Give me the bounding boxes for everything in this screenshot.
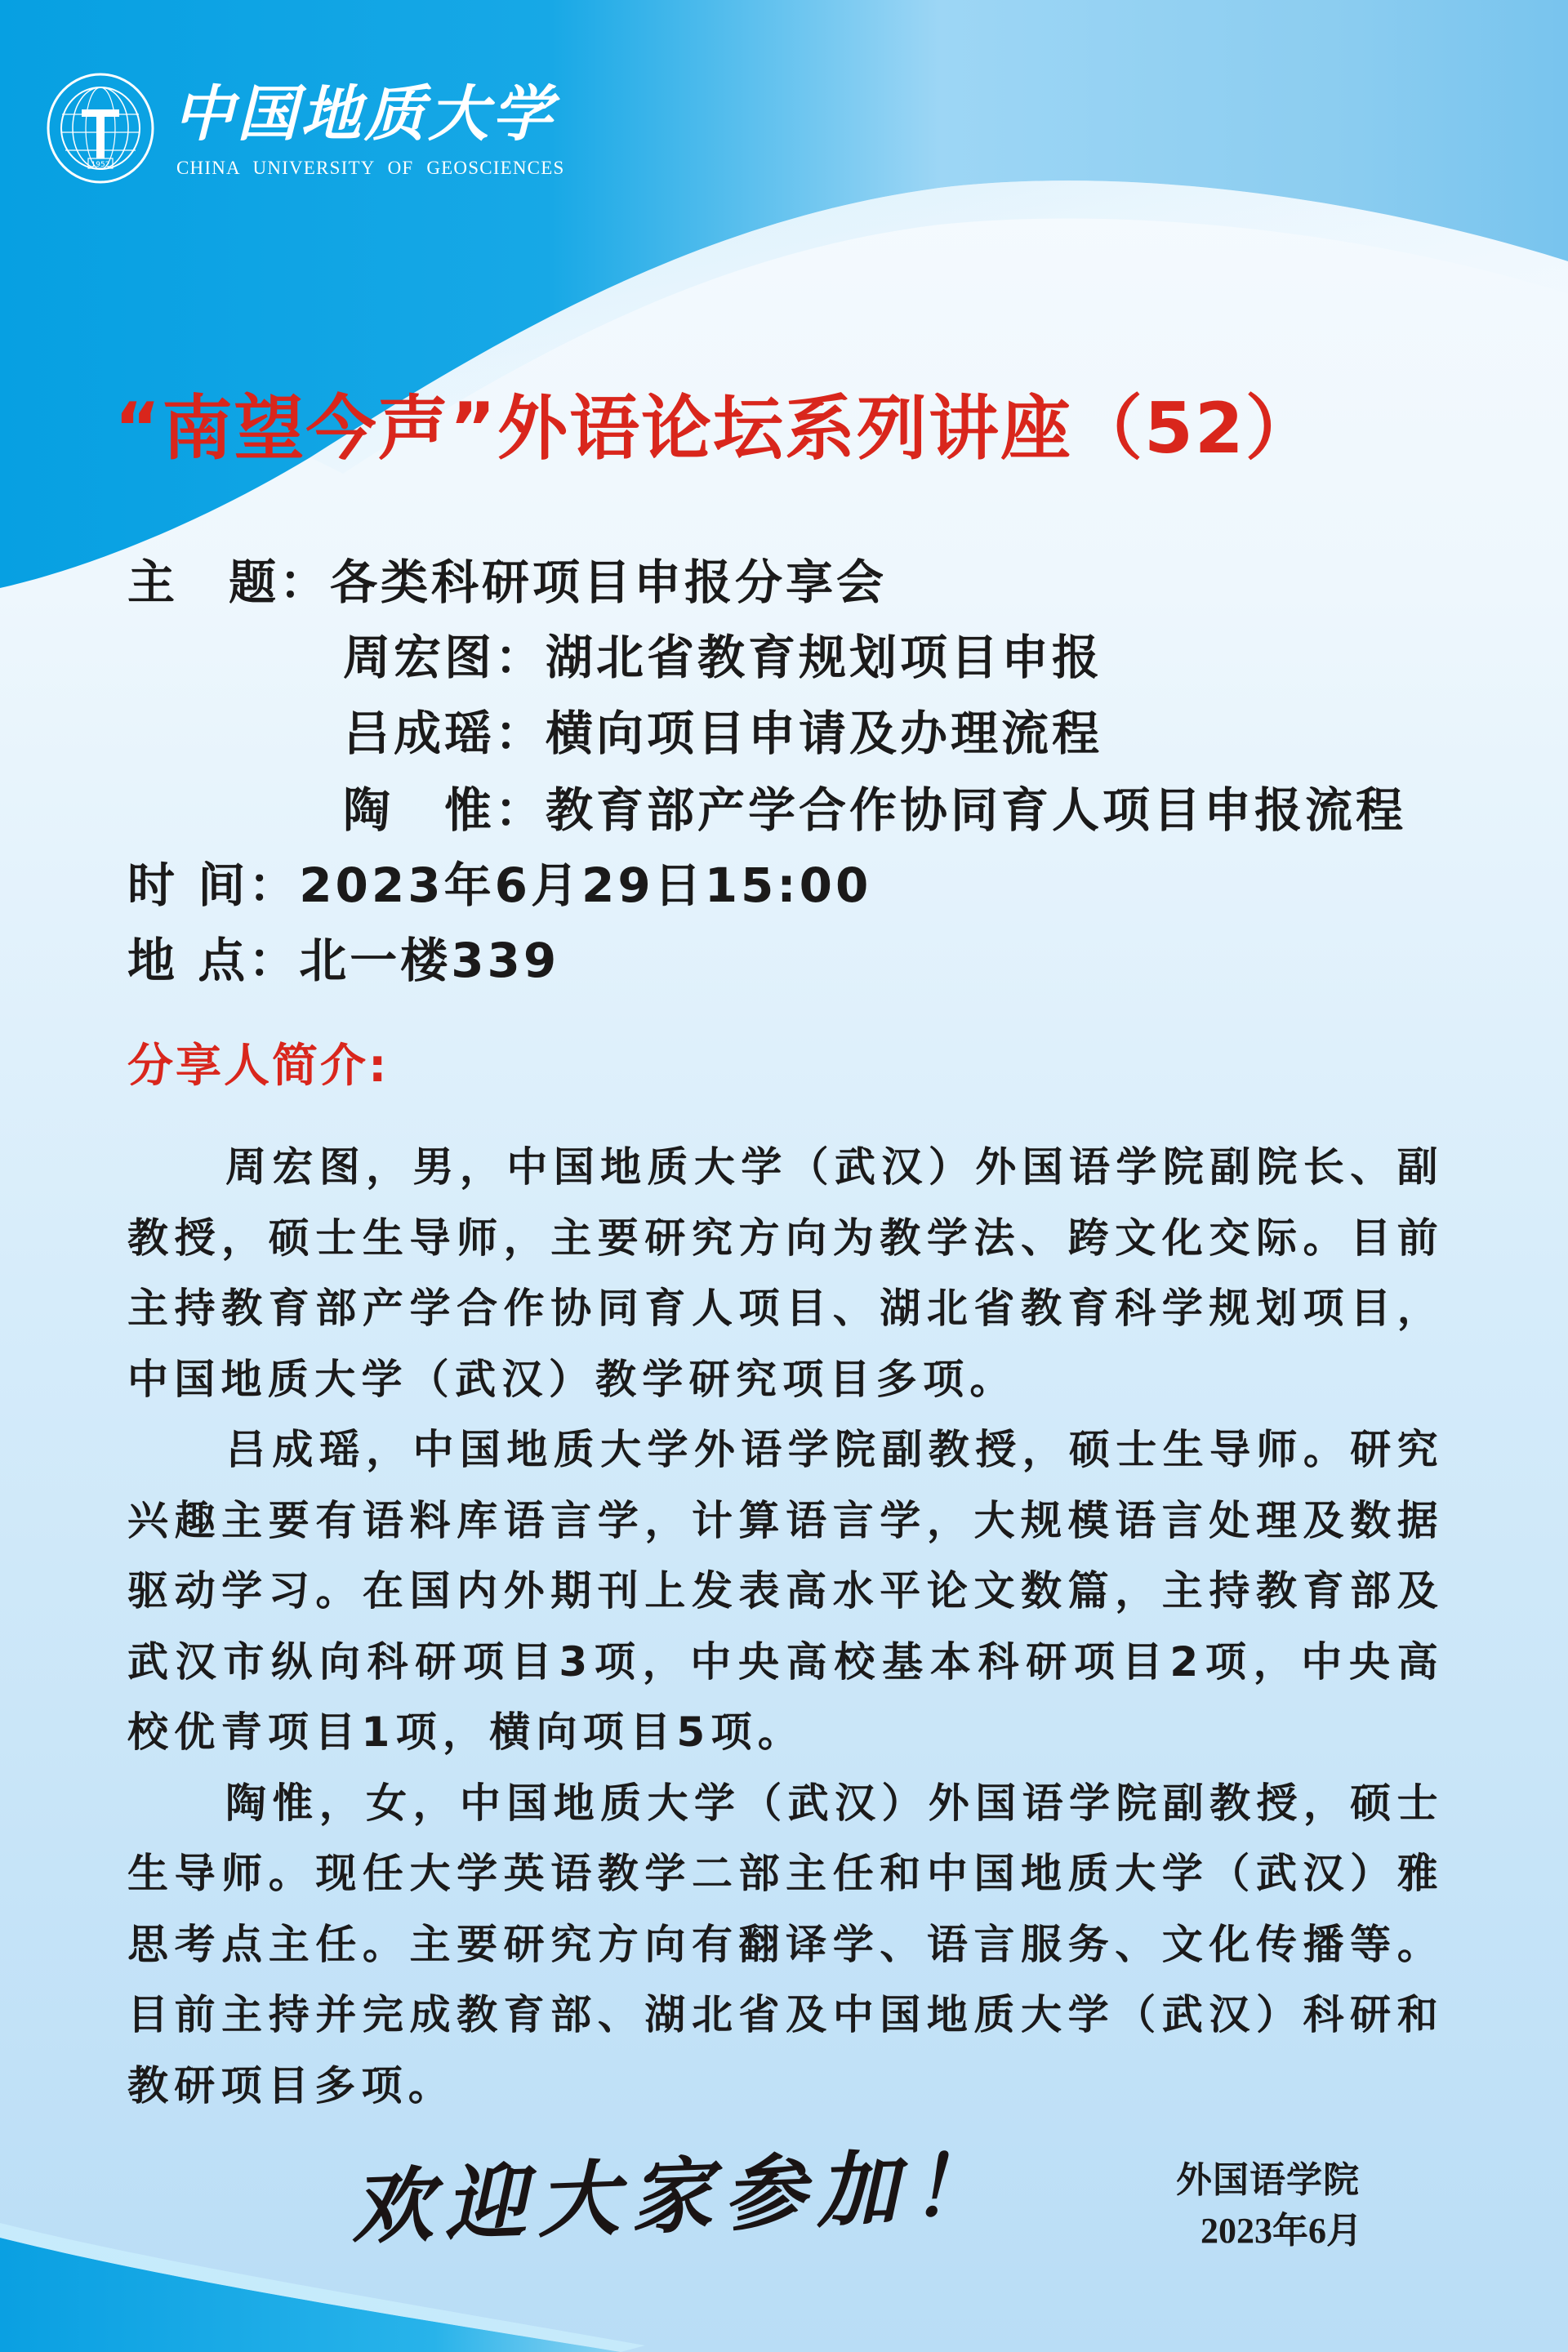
poster-title: “南望今声”外语论坛系列讲座（52） (114, 384, 1503, 474)
topic-value: 各类科研项目申报分享会 (330, 555, 887, 610)
time-label: 时 间： (127, 857, 299, 913)
subtopic-line: 陶 惟：教育部产学合作协同育人项目申报流程 (343, 782, 1406, 839)
bio-paragraph-tao: 陶惟，女，中国地质大学（武汉）外国语学院副教授，硕士生导师。现任大学英语教学二部… (127, 1768, 1444, 2122)
subtopic-topic: 横向项目申请及办理流程 (546, 706, 1102, 761)
university-name-cn: 中国地质大学 (173, 75, 555, 154)
topic-line: 主 题：各类科研项目申报分享会 (127, 554, 887, 611)
place-label: 地 点： (127, 933, 299, 988)
time-line: 时 间：2023年6月29日15:00 (127, 857, 871, 914)
place-line: 地 点：北一楼339 (127, 932, 559, 989)
poster-date: 2023年6月 (1200, 2207, 1362, 2256)
topic-label: 主 题： (127, 554, 330, 611)
bio-paragraph-zhou: 周宏图，男，中国地质大学（武汉）外国语学院副院长、副教授，硕士生导师，主要研究方… (127, 1132, 1444, 1414)
svg-text:1952: 1952 (91, 161, 110, 169)
subtopic-speaker: 吕成瑶： (343, 706, 546, 761)
speaker-bio-heading: 分享人简介: (127, 1037, 389, 1096)
subtopic-speaker: 周宏图： (343, 630, 546, 685)
welcome-message: 欢迎大家参加！ (350, 2131, 1004, 2261)
bio-paragraph-lv: 吕成瑶，中国地质大学外语学院副教授，硕士生导师。研究兴趣主要有语料库语言学，计算… (127, 1414, 1444, 1768)
place-value: 北一楼339 (299, 933, 559, 988)
subtopic-line: 吕成瑶：横向项目申请及办理流程 (343, 705, 1102, 762)
organizer-name: 外国语学院 (1176, 2156, 1360, 2205)
subtopic-topic: 湖北省教育规划项目申报 (546, 630, 1102, 685)
university-name-en: CHINA UNIVERSITY OF GEOSCIENCES (176, 157, 564, 180)
speaker-bios: 周宏图，男，中国地质大学（武汉）外国语学院副院长、副教授，硕士生导师，主要研究方… (127, 1132, 1444, 2121)
subtopic-speaker: 陶 惟： (343, 782, 546, 838)
university-emblem-icon: 1952 (46, 72, 155, 185)
time-value: 2023年6月29日15:00 (299, 857, 871, 913)
subtopic-line: 周宏图：湖北省教育规划项目申报 (343, 629, 1102, 686)
subtopic-topic: 教育部产学合作协同育人项目申报流程 (546, 782, 1406, 838)
